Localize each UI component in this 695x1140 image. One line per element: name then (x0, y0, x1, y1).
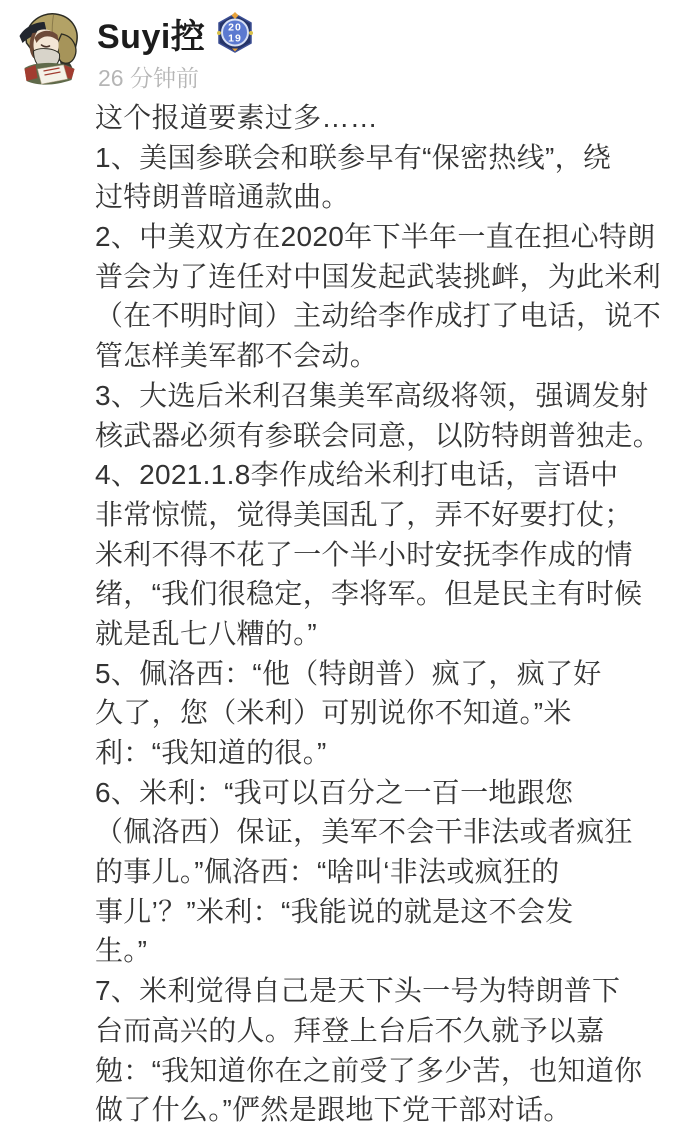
post-text-line: 3、大选后米利召集美军高级将领，强调发射 (95, 376, 671, 416)
avatar-image (13, 7, 86, 85)
post-text-line: 生。” (95, 931, 671, 971)
post-text-line: 核武器必须有参联会同意，以防特朗普独走。 (95, 416, 671, 456)
post-text-line: 1、美国参联会和联参早有“保密热线”，绕 (95, 138, 671, 178)
post-text-line: 勉：“我知道你在之前受了多少苦，也知道你 (95, 1051, 671, 1091)
post-text-line: 事儿’？”米利：“我能说的就是这不会发 (95, 892, 671, 932)
post-text-line: 就是乱七八糟的。” (95, 614, 671, 654)
post-text-line: 米利不得不花了一个半小时安抚李作成的情 (95, 535, 671, 575)
post-text-line: 利：“我知道的很。” (95, 733, 671, 773)
post-text-line: 过特朗普暗通款曲。 (95, 177, 671, 217)
post-text-line: 非常惊慌，觉得美国乱了，弄不好要打仗； (95, 495, 671, 535)
post-text-line: 普会为了连任对中国发起武装挑衅，为此米利 (95, 257, 671, 297)
post-text-line: 台而高兴的人。拜登上台后不久就予以嘉 (95, 1011, 671, 1051)
post-text-line: 6、米利：“我可以百分之一百一地跟您 (95, 773, 671, 813)
post-text-line: 2、中美双方在2020年下半年一直在担心特朗 (95, 217, 671, 257)
avatar[interactable] (13, 7, 86, 85)
post-text-line: 绪，“我们很稳定，李将军。但是民主有时候 (95, 574, 671, 614)
post-text-line: 这个报道要素过多…… (95, 98, 671, 138)
post-text-line: 做了什么。”俨然是跟地下党干部对话。 (95, 1090, 671, 1130)
timestamp: 26 分钟前 (98, 60, 199, 93)
post-text-line: （在不明时间）主动给李作成打了电话，说不 (95, 296, 671, 336)
username[interactable]: Suyi控 (97, 9, 205, 58)
post-text-line: 7、米利觉得自己是天下头一号为特朗普下 (95, 971, 671, 1011)
badge-year-bottom: 19 (228, 33, 242, 45)
post-header: Suyi控 20 19 (97, 12, 256, 54)
post-text-line: （佩洛西）保证，美军不会干非法或者疯狂 (95, 812, 671, 852)
post-card: Suyi控 20 19 26 分钟前 这个报道要素过多……1、美国参联会和 (0, 0, 695, 1140)
badge-2019-icon[interactable]: 20 19 (214, 12, 256, 54)
post-text-line: 管怎样美军都不会动。 (95, 336, 671, 376)
post-content: 这个报道要素过多……1、美国参联会和联参早有“保密热线”，绕过特朗普暗通款曲。2… (95, 98, 671, 1130)
post-text-line: 4、2021.1.8李作成给米利打电话，言语中 (95, 455, 671, 495)
post-text-line: 的事儿。”佩洛西：“啥叫‘非法或疯狂的 (95, 852, 671, 892)
post-text-line: 久了，您（米利）可别说你不知道。”米 (95, 693, 671, 733)
post-text-line: 5、佩洛西：“他（特朗普）疯了，疯了好 (95, 654, 671, 694)
